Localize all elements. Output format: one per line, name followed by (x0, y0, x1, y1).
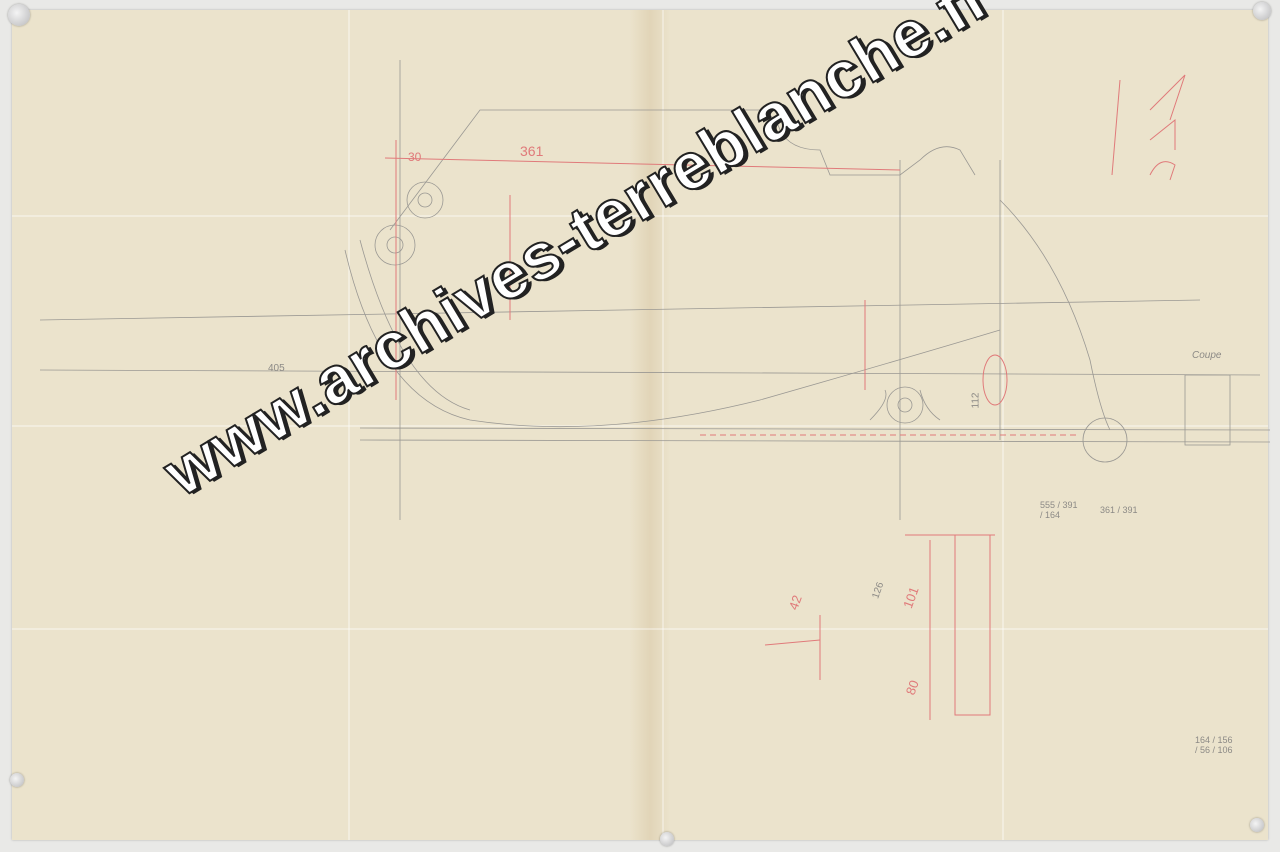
dimension-label: 112 (970, 393, 981, 409)
pushpin (10, 773, 24, 787)
calculation-note: 555 / 391 / 164 (1040, 500, 1080, 520)
calculation-note: 164 / 156 / 56 / 106 (1195, 735, 1235, 755)
dimension-label: 361 (520, 143, 543, 159)
dimension-label: 30 (408, 150, 421, 164)
pushpin (660, 832, 674, 846)
pushpin (1250, 818, 1264, 832)
calculation-note: 361 / 391 (1100, 505, 1140, 515)
pushpin (8, 4, 30, 26)
pushpin (1253, 2, 1271, 20)
section-label: Coupe (1192, 350, 1221, 361)
